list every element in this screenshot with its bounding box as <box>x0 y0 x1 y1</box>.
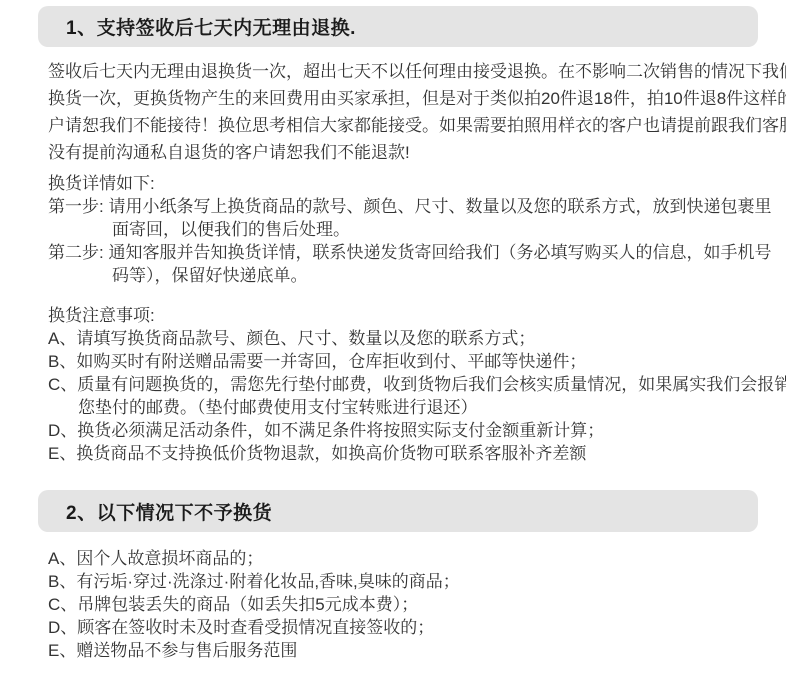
note-item-b: B、如购买时有附送赠品需要一并寄回，仓库拒收到付、平邮等快递件； <box>48 350 760 373</box>
section2-header-bar: 2、以下情况下不予换货 <box>38 490 758 532</box>
no-exchange-item-e: E、赠送物品不参与售后服务范围 <box>48 639 760 662</box>
section1-header-bar: 1、支持签收后七天内无理由退换. <box>38 6 758 47</box>
detail-heading: 换货详情如下: <box>48 172 760 195</box>
paragraph-line-2: 换货一次，更换货物产生的来回费用由买家承担，但是对于类似拍20件退18件，拍10… <box>48 85 760 112</box>
no-exchange-list: A、因个人故意损坏商品的； B、有污垢·穿过·洗涤过·附着化妆品,香味,臭味的商… <box>48 547 760 662</box>
exchange-detail-block: 换货详情如下: 第一步: 请用小纸条写上换货商品的款号、颜色、尺寸、数量以及您的… <box>48 172 760 287</box>
section2-title: 2、以下情况下不予换货 <box>66 498 272 525</box>
return-policy-page: 1、支持签收后七天内无理由退换. 签收后七天内无理由退换货一次，超出七天不以任何… <box>0 0 786 674</box>
no-exchange-item-b: B、有污垢·穿过·洗涤过·附着化妆品,香味,臭味的商品； <box>48 570 760 593</box>
note-item-a: A、请填写换货商品款号、颜色、尺寸、数量以及您的联系方式； <box>48 327 760 350</box>
section1-title: 1、支持签收后七天内无理由退换. <box>66 13 356 40</box>
step1-line-2: 面寄回，以便我们的售后处理。 <box>48 218 760 241</box>
step2-line-1: 第二步: 通知客服并告知换货详情，联系快递发货寄回给我们（务必填写购买人的信息，… <box>48 241 760 264</box>
notes-heading: 换货注意事项: <box>48 304 760 327</box>
note-item-c: C、质量有问题换货的，需您先行垫付邮费，收到货物后我们会核实质量情况，如果属实我… <box>48 373 760 396</box>
step1-line-1: 第一步: 请用小纸条写上换货商品的款号、颜色、尺寸、数量以及您的联系方式，放到快… <box>48 195 760 218</box>
no-exchange-item-a: A、因个人故意损坏商品的； <box>48 547 760 570</box>
note-item-c-continued: 您垫付的邮费。（垫付邮费使用支付宝转账进行退还） <box>48 396 760 419</box>
paragraph-line-3: 户请恕我们不能接待！换位思考相信大家都能接受。如果需要拍照用样衣的客户也请提前跟… <box>48 112 760 139</box>
paragraph-line-4: 没有提前沟通私自退货的客户请恕我们不能退款! <box>48 139 760 166</box>
exchange-notes-block: 换货注意事项: A、请填写换货商品款号、颜色、尺寸、数量以及您的联系方式； B、… <box>48 304 760 465</box>
no-exchange-item-d: D、顾客在签收时未及时查看受损情况直接签收的； <box>48 616 760 639</box>
step2-line-2: 码等），保留好快递底单。 <box>48 264 760 287</box>
no-exchange-item-c: C、吊牌包装丢失的商品（如丢失扣5元成本费）； <box>48 593 760 616</box>
note-item-d: D、换货必须满足活动条件，如不满足条件将按照实际支付金额重新计算； <box>48 419 760 442</box>
paragraph-line-1: 签收后七天内无理由退换货一次，超出七天不以任何理由接受退换。在不影响二次销售的情… <box>48 58 760 85</box>
policy-paragraph: 签收后七天内无理由退换货一次，超出七天不以任何理由接受退换。在不影响二次销售的情… <box>48 58 760 166</box>
note-item-e: E、换货商品不支持换低价货物退款，如换高价货物可联系客服补齐差额 <box>48 442 760 465</box>
